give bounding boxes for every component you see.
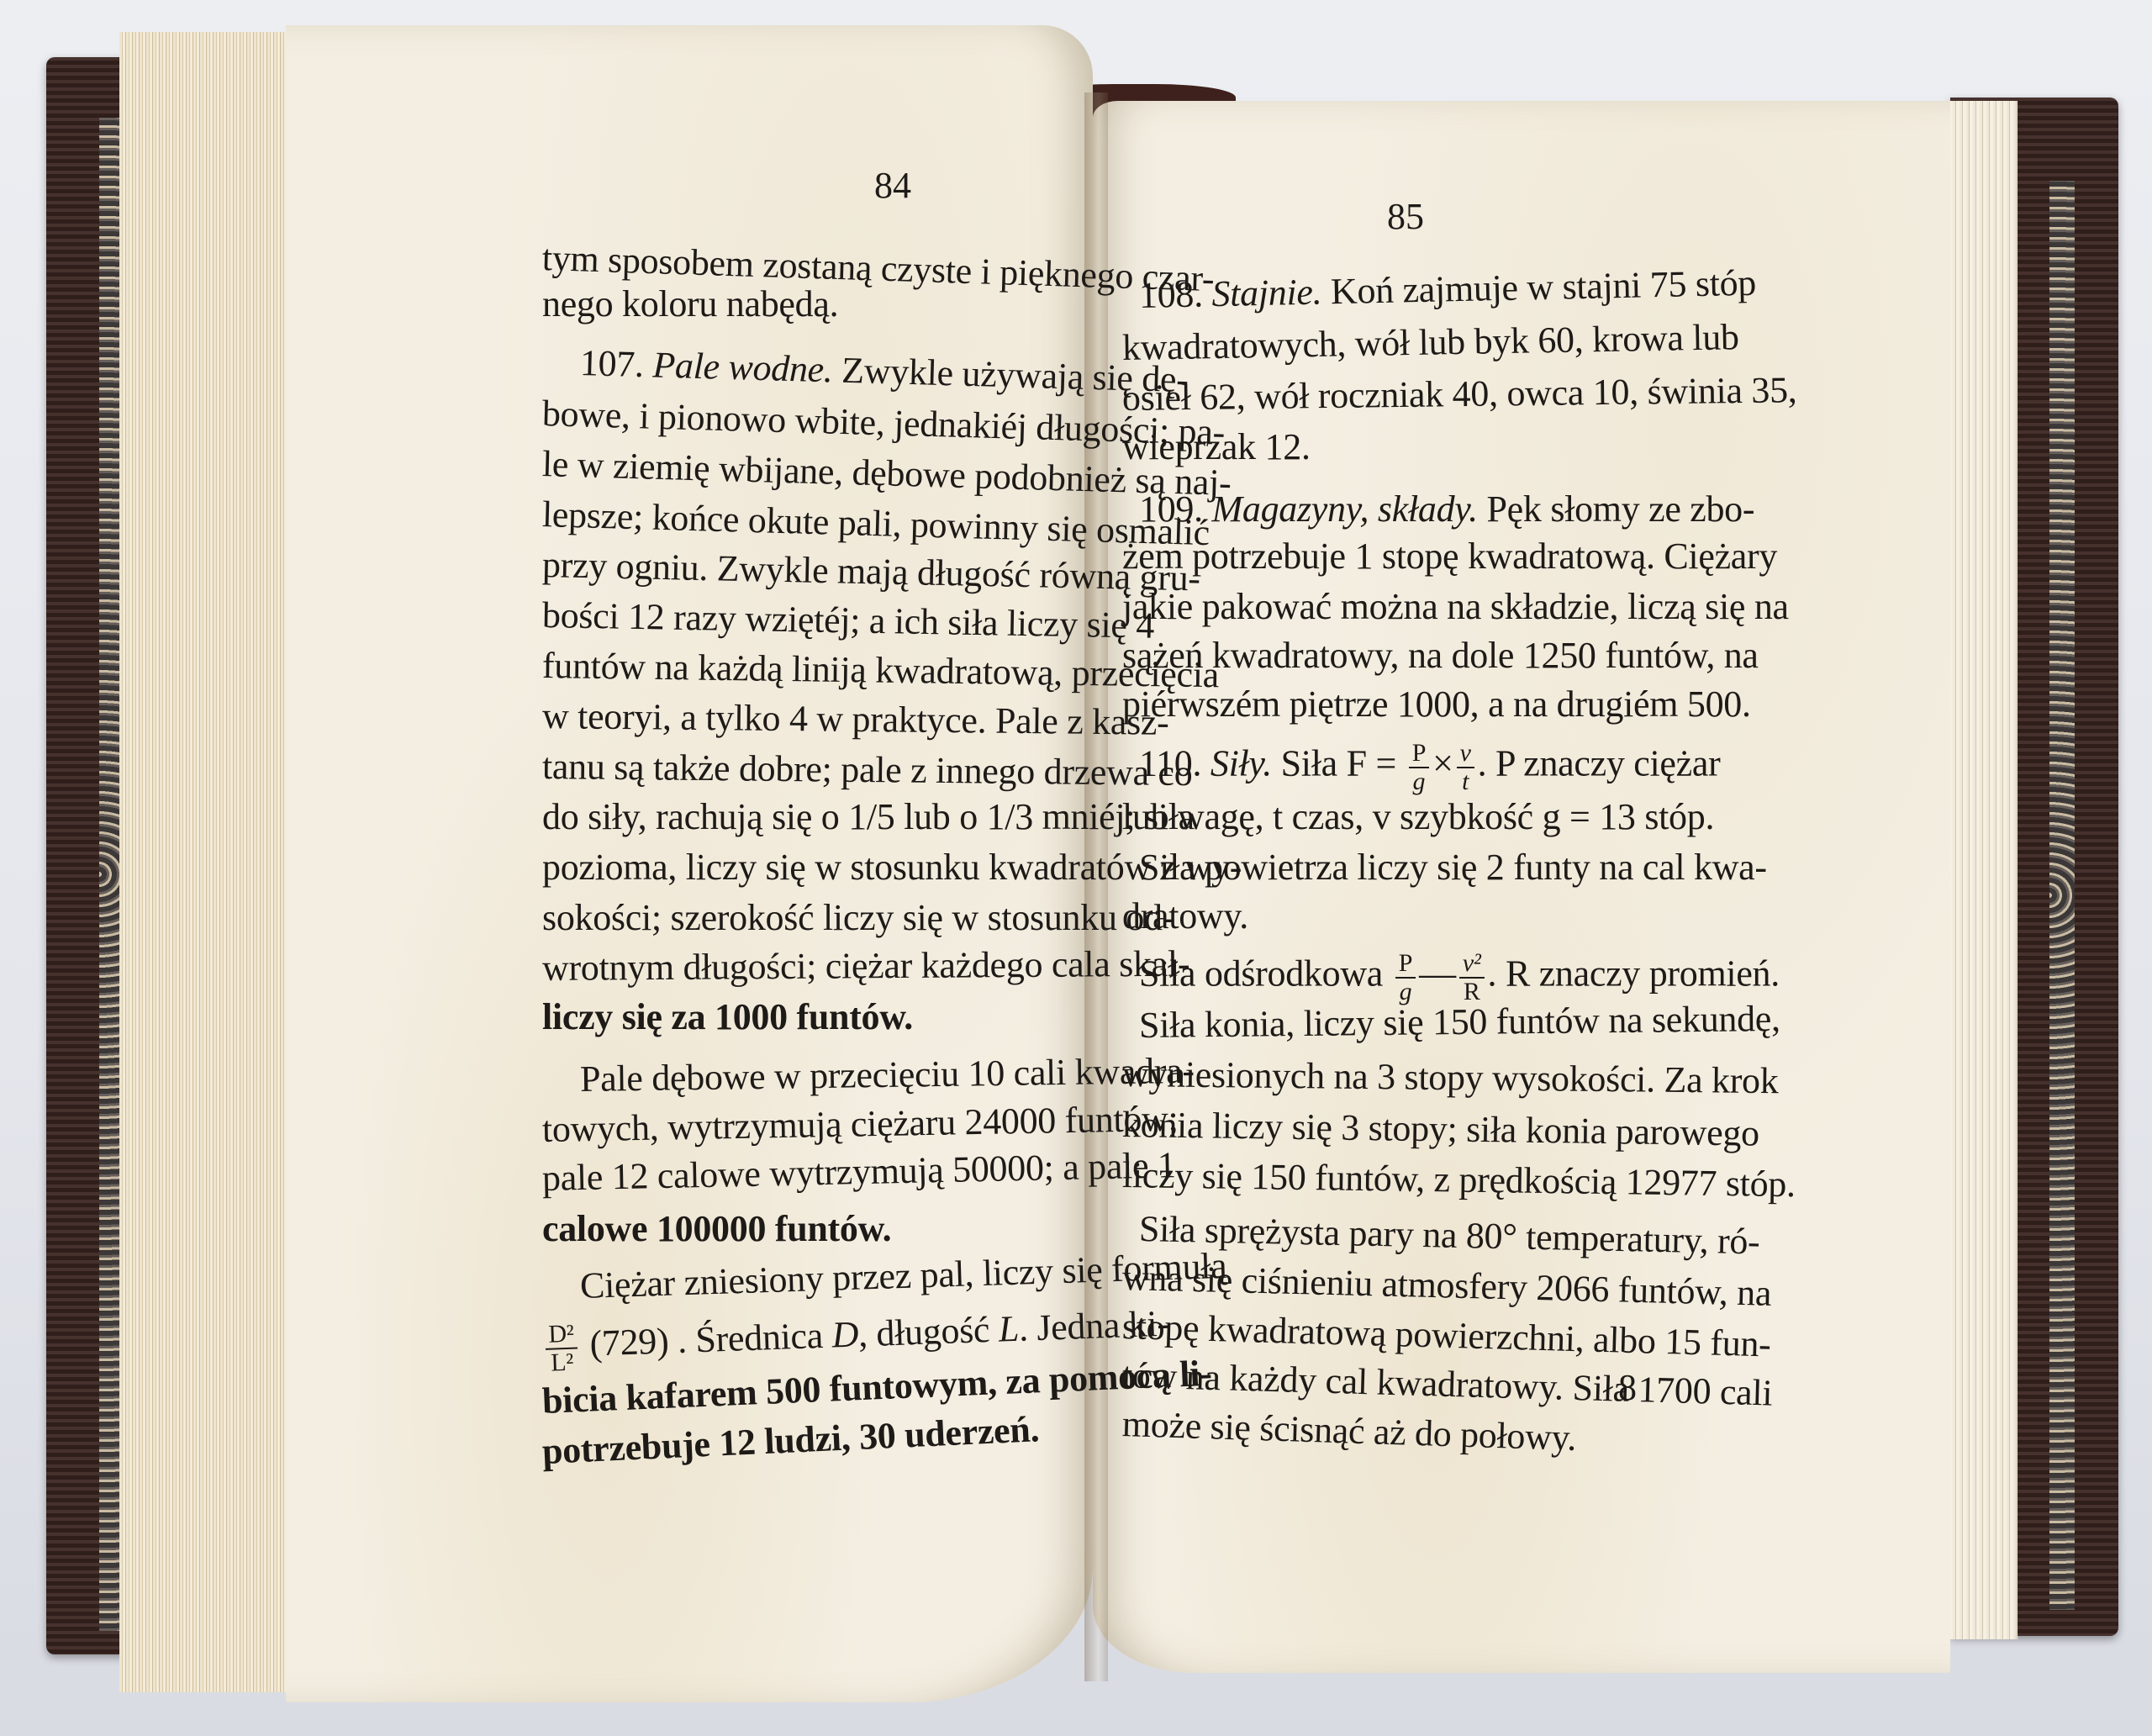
page-edges-left [119, 32, 287, 1692]
right-text-line: Siła konia, liczy się 150 funtów na seku… [1139, 1000, 1780, 1044]
formula-constant: (729) [589, 1320, 669, 1364]
marbled-endpaper-right [2049, 181, 2075, 1610]
right-text-line: liczy się 150 funtów, z prędkością 12977… [1122, 1157, 1796, 1203]
section-110: 110. Siły. Siła F = Pg×vt. P znaczy cięż… [1139, 740, 1720, 794]
left-text-line: do siły, rachują się o 1/5 lub o 1/3 mni… [542, 799, 1195, 836]
left-text-line: sokości; szerokość liczy się w stosunku … [542, 900, 1174, 937]
left-text-line: pozioma, liczy się w stosunku kwadratów … [542, 849, 1242, 886]
right-text-line: dratowy. [1122, 898, 1248, 935]
left-text-line: calowe 100000 funtów. [542, 1211, 891, 1248]
section-number: 110. [1139, 743, 1201, 784]
multiply-sign: × [1432, 743, 1453, 784]
section-number: 107. [579, 342, 644, 385]
right-text-line: wieprzak 12. [1122, 429, 1311, 466]
formula-lhs: Siła F = [1281, 743, 1396, 784]
section-number: 109. [1139, 488, 1203, 530]
right-text-line: lub wagę, t czas, v szybkość g = 13 stóp… [1122, 799, 1714, 836]
left-text-line: funtów na każdą liniją kwadratową, przec… [542, 647, 1220, 694]
fraction-v2-over-r: v²R [1459, 950, 1485, 1005]
right-text-line: jakie pakować można na składzie, liczą s… [1122, 588, 1789, 625]
signature-mark: 8 [1618, 1366, 1637, 1409]
right-text-line: konia liczy się 3 stopy; siła konia paro… [1122, 1106, 1759, 1153]
fraction-p-over-g: Pg [1409, 740, 1429, 794]
section-text: Pęk słomy ze zbo- [1487, 488, 1755, 530]
section-number: 108. [1138, 273, 1203, 316]
right-text-line: sążeń kwadratowy, na dole 1250 funtów, n… [1122, 637, 1759, 674]
formula-label: Siła odśrodkowa [1139, 953, 1383, 995]
section-109: 109. Magazyny, składy. Pęk słomy ze zbo- [1139, 491, 1754, 528]
left-text-line: nego koloru nabędą. [542, 286, 838, 323]
page-edges-right [1946, 101, 2017, 1639]
page-number-right: 85 [1387, 195, 1424, 238]
left-text-line: Pale dębowe w przecięciu 10 cali kwadra- [580, 1053, 1195, 1098]
marbled-endpaper-left [99, 118, 121, 1631]
section-title: Pale wodne. [652, 344, 834, 390]
centrifugal-formula: Siła odśrodkowa Pg—v²R. R znaczy promień… [1139, 950, 1780, 1005]
right-text-line: żem potrzebuje 1 stopę kwadratową. Cięża… [1122, 538, 1777, 575]
left-text-line: tanu są także dobre; pale z innego drzew… [542, 748, 1193, 792]
fraction-v-over-t: vt [1457, 740, 1474, 794]
right-text-line: wyniesionych na 3 stopy wysokości. Za kr… [1122, 1056, 1779, 1100]
left-text-line: liczy się za 1000 funtów. [542, 999, 913, 1036]
section-title: Stajnie. [1211, 271, 1322, 314]
section-text: . P znaczy ciężar [1478, 743, 1721, 784]
left-text-line: wrotnym długości; ciężar każdego cala sk… [542, 946, 1190, 987]
right-text-line: piérwszém piętrze 1000, a na drugiém 500… [1122, 686, 1751, 723]
left-text-line: w teoryi, a tylko 4 w praktyce. Pale z k… [542, 698, 1169, 741]
right-text-line: Siła powietrza liczy się 2 funty na cal … [1139, 849, 1767, 886]
section-title: Magazyny, składy. [1212, 488, 1478, 530]
section-text: . R znaczy promień. [1488, 953, 1780, 995]
fraction-p-over-g: Pg [1395, 950, 1416, 1005]
section-title: Siły. [1210, 743, 1272, 784]
dash-sign: — [1419, 953, 1456, 995]
formula-fraction: D² L² [545, 1321, 578, 1376]
right-text-line: osieł 62, wół roczniak 40, owca 10, świn… [1122, 372, 1797, 417]
page-number-left: 84 [874, 164, 911, 207]
